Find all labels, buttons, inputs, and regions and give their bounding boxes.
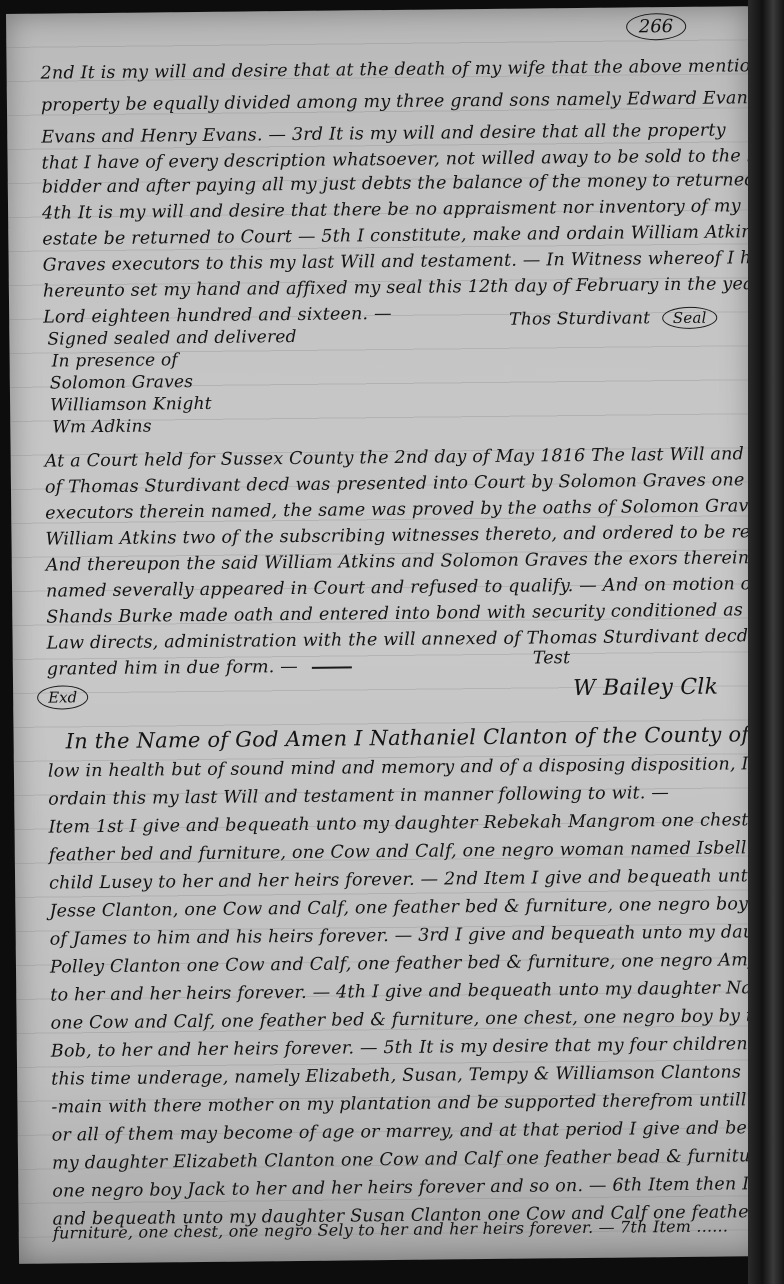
text-line: furniture, one chest, one negro Sely to … — [53, 1216, 728, 1242]
book-binding-edge — [748, 0, 784, 1284]
will-clanton-continued: furniture, one chest, one negro Sely to … — [0, 0, 761, 1284]
